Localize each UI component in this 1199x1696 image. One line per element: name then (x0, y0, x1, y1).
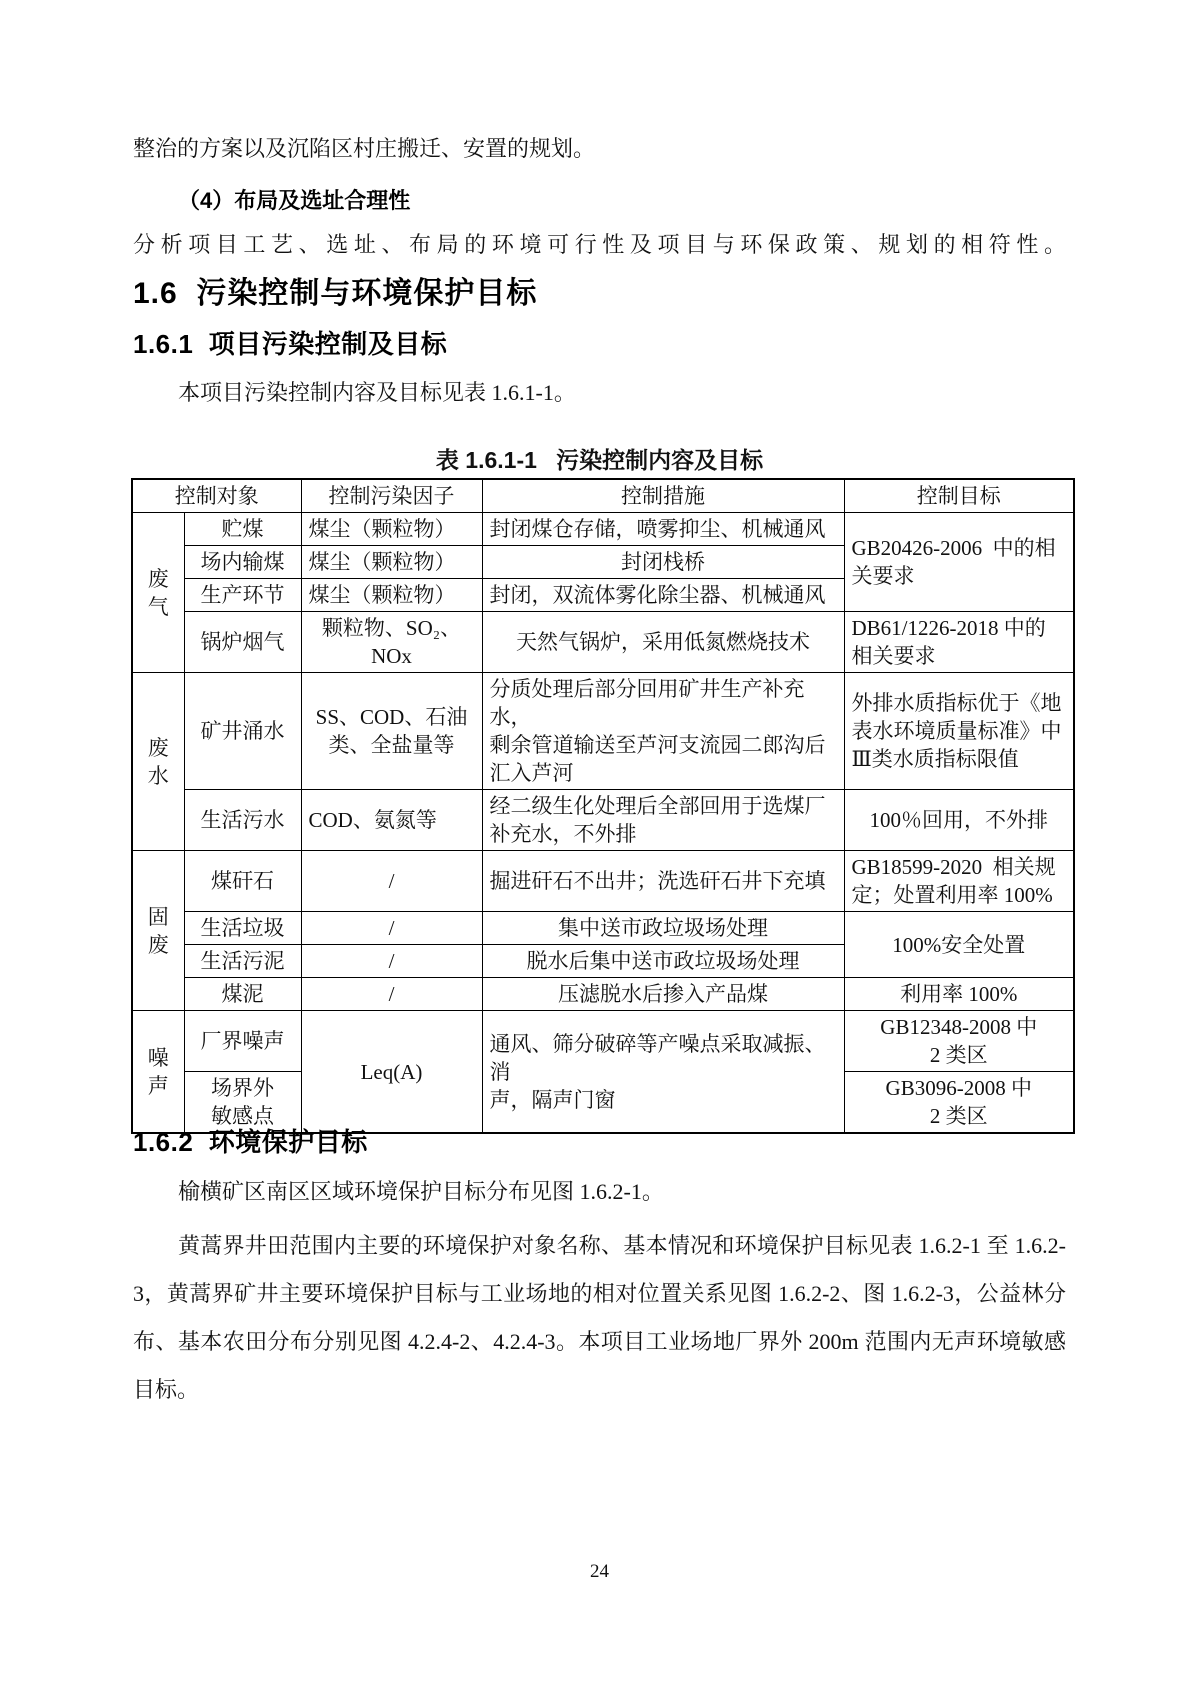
cell-factor: COD、氨氮等 (301, 790, 482, 851)
paragraph-huanghaojie: 黄蒿界井田范围内主要的环境保护对象名称、基本情况和环境保护目标见表 1.6.2-… (133, 1222, 1066, 1414)
header-control-measure: 控制措施 (482, 479, 844, 513)
cell-item: 厂界噪声 (184, 1011, 301, 1072)
cell-target: 100％回用，不外排 (844, 790, 1074, 851)
cell-measure: 脱水后集中送市政垃圾场处理 (482, 945, 844, 978)
paragraph-yuheng: 榆横矿区南区区域环境保护目标分布见图 1.6.2-1。 (178, 1177, 1066, 1207)
cell-target: GB18599-2020 相关规 定；处置利用率 100% (844, 851, 1074, 912)
cell-factor: / (301, 945, 482, 978)
cell-factor: / (301, 978, 482, 1011)
cell-measure: 经二级生化处理后全部回用于选煤厂 补充水，不外排 (482, 790, 844, 851)
paragraph-table-ref: 本项目污染控制内容及目标见表 1.6.1-1。 (178, 378, 1066, 408)
cell-measure: 掘进矸石不出井；洗选矸石井下充填 (482, 851, 844, 912)
cell-item: 生活污水 (184, 790, 301, 851)
paragraph-analysis: 分析项目工艺、选址、布局的环境可行性及项目与环保政策、规划的相符性。 (133, 230, 1066, 260)
table-row: 固 废 煤矸石 / 掘进矸石不出井；洗选矸石井下充填 GB18599-2020 … (132, 851, 1074, 912)
page-number: 24 (0, 1561, 1199, 1583)
cell-measure: 压滤脱水后掺入产品煤 (482, 978, 844, 1011)
cell-target: GB3096-2008 中 2 类区 (844, 1072, 1074, 1134)
cell-factor: Leq(A) (301, 1011, 482, 1134)
cell-factor: 煤尘（颗粒物） (301, 579, 482, 612)
table-title: 表 1.6.1-1 污染控制内容及目标 (133, 442, 1066, 475)
table-row: 生活污水 COD、氨氮等 经二级生化处理后全部回用于选煤厂 补充水，不外排 10… (132, 790, 1074, 851)
section-heading-1-6: 1.6 污染控制与环境保护目标 (133, 268, 537, 312)
table-row: 生活垃圾 / 集中送市政垃圾场处理 100%安全处置 (132, 912, 1074, 945)
cell-target: 利用率 100% (844, 978, 1074, 1011)
cell-item: 锅炉烟气 (184, 612, 301, 673)
section-heading-1-6-1: 1.6.1 项目污染控制及目标 (133, 324, 447, 361)
cell-category-noise: 噪 声 (132, 1011, 184, 1134)
cell-item: 生活污泥 (184, 945, 301, 978)
table-row: 煤泥 / 压滤脱水后掺入产品煤 利用率 100% (132, 978, 1074, 1011)
document-page: 整治的方案以及沉陷区村庄搬迁、安置的规划。 （4）布局及选址合理性 分析项目工艺… (0, 0, 1199, 1696)
cell-measure: 封闭，双流体雾化除尘器、机械通风 (482, 579, 844, 612)
cell-item: 矿井涌水 (184, 673, 301, 790)
cell-factor: 颗粒物、SO₂、 NOx (301, 612, 482, 673)
table-header-row: 控制对象 控制污染因子 控制措施 控制目标 (132, 479, 1074, 513)
cell-factor: 煤尘（颗粒物） (301, 513, 482, 546)
header-control-factor: 控制污染因子 (301, 479, 482, 513)
cell-target: GB20426-2006 中的相 关要求 (844, 513, 1074, 612)
section-heading-1-6-2: 1.6.2 环境保护目标 (133, 1122, 368, 1159)
pollution-control-table: 控制对象 控制污染因子 控制措施 控制目标 废 气 贮煤 煤尘（颗粒物） 封闭煤… (131, 478, 1075, 1134)
table-row: 废 水 矿井涌水 SS、COD、石油 类、全盐量等 分质处理后部分回用矿井生产补… (132, 673, 1074, 790)
table-row: 废 气 贮煤 煤尘（颗粒物） 封闭煤仓存储，喷雾抑尘、机械通风 GB20426-… (132, 513, 1074, 546)
cell-category-solid-waste: 固 废 (132, 851, 184, 1011)
cell-item: 生活垃圾 (184, 912, 301, 945)
cell-factor: SS、COD、石油 类、全盐量等 (301, 673, 482, 790)
cell-factor: / (301, 851, 482, 912)
cell-measure: 分质处理后部分回用矿井生产补充水， 剩余管道输送至芦河支流园二郎沟后 汇入芦河 (482, 673, 844, 790)
paragraph-continued: 整治的方案以及沉陷区村庄搬迁、安置的规划。 (133, 134, 1066, 164)
cell-measure: 天然气锅炉，采用低氮燃烧技术 (482, 612, 844, 673)
cell-category-waste-gas: 废 气 (132, 513, 184, 673)
sub-heading-4: （4）布局及选址合理性 (178, 184, 410, 215)
cell-target: 100%安全处置 (844, 912, 1074, 978)
cell-item: 煤泥 (184, 978, 301, 1011)
cell-item: 煤矸石 (184, 851, 301, 912)
cell-item: 贮煤 (184, 513, 301, 546)
cell-measure: 集中送市政垃圾场处理 (482, 912, 844, 945)
header-control-object: 控制对象 (132, 479, 301, 513)
cell-target: DB61/1226-2018 中的 相关要求 (844, 612, 1074, 673)
cell-measure: 通风、筛分破碎等产噪点采取减振、消 声，隔声门窗 (482, 1011, 844, 1134)
cell-measure: 封闭栈桥 (482, 546, 844, 579)
header-control-target: 控制目标 (844, 479, 1074, 513)
cell-factor: 煤尘（颗粒物） (301, 546, 482, 579)
cell-target: GB12348-2008 中 2 类区 (844, 1011, 1074, 1072)
cell-target: 外排水质指标优于《地 表水环境质量标准》中 Ⅲ类水质指标限值 (844, 673, 1074, 790)
cell-factor: / (301, 912, 482, 945)
table-row: 锅炉烟气 颗粒物、SO₂、 NOx 天然气锅炉，采用低氮燃烧技术 DB61/12… (132, 612, 1074, 673)
cell-measure: 封闭煤仓存储，喷雾抑尘、机械通风 (482, 513, 844, 546)
cell-item: 生产环节 (184, 579, 301, 612)
cell-item: 场内输煤 (184, 546, 301, 579)
cell-category-waste-water: 废 水 (132, 673, 184, 851)
table-row: 噪 声 厂界噪声 Leq(A) 通风、筛分破碎等产噪点采取减振、消 声，隔声门窗… (132, 1011, 1074, 1072)
